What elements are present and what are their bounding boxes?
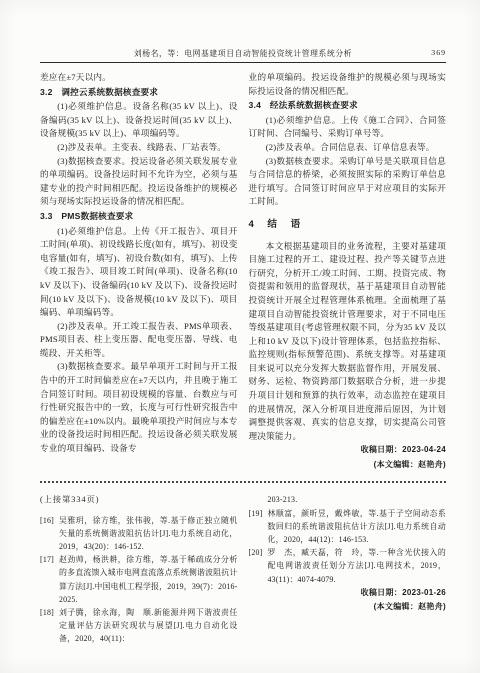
reference-text: 刘子腾，徐永海，陶 顺.新能源并网下谐波责任定量评估方法研究现状与展望[J].电… bbox=[59, 606, 238, 646]
reference-text: 罗 杰，臧天磊，符 玲，等.一种含光伏接入的配电网谐波责任划分方法[J].电网技… bbox=[268, 546, 447, 586]
reference-text: 林顺富，颜昕昱，戴烨敏，等.基于子空间动态系数回归的系统谐波阻抗估计方法[J].… bbox=[268, 507, 447, 547]
reference-text: 赵劲帅，杨洪耕，徐方维，等.基于稀疏成分分析的多直流馈入城市电网直流落点系统侧谐… bbox=[59, 553, 238, 606]
paragraph: (3)数据核查要求。采购订单号是关联项目信息与合同信息的桥梁，必须按照实际的采购… bbox=[249, 155, 447, 209]
paragraph: (1)必须维护信息。设备名称(35 kV 以上)、设备编码(35 kV 以上)、… bbox=[40, 100, 238, 141]
references-left-column: (上接第334页)[16]吴雅玥，徐方维，张伟骏，等.基于修正独立随机矢量的系统… bbox=[40, 493, 238, 645]
journal-page: 刘杨名，等：电网基建项目自动智能投资统计管理系统分析 369 差应在±7天以内。… bbox=[0, 0, 480, 673]
reference-number: [19] bbox=[249, 507, 268, 547]
section-heading: 3.4 经法系统数据核查要求 bbox=[249, 99, 447, 113]
reference-number: [16] bbox=[40, 514, 59, 554]
right-column: 业的单项编码。投运设备维护的规模必须与现场实际投运设备的情况相匹配。3.4 经法… bbox=[249, 71, 447, 472]
article-meta: 收稿日期：2023-04-24 bbox=[249, 443, 447, 458]
references-right-column: 203-213.[19]林顺富，颜昕昱，戴烨敏，等.基于子空间动态系数回归的系统… bbox=[249, 493, 447, 645]
reference-item: [18]刘子腾，徐永海，陶 顺.新能源并网下谐波责任定量评估方法研究现状与展望[… bbox=[40, 606, 238, 646]
reference-item: [16]吴雅玥，徐方维，张伟骏，等.基于修正独立随机矢量的系统侧谐波阻抗估计[J… bbox=[40, 514, 238, 554]
article-meta: 收稿日期：2023-01-26 bbox=[249, 586, 447, 601]
paragraph: (3)数据核查要求。投运设备必须关联发展专业的单项编码。设备投运时间不允许为空，… bbox=[40, 155, 238, 209]
article-meta: (本文编辑：赵艳舟) bbox=[249, 458, 447, 473]
reference-number: [18] bbox=[40, 606, 59, 646]
conclusion-heading: 4 结 语 bbox=[249, 218, 447, 232]
paragraph: 本文根据基建项目的业务流程，主要对基建项目施工过程的开工、建设过程、投产等关键节… bbox=[249, 240, 447, 444]
reference-text: 吴雅玥，徐方维，张伟骏，等.基于修正独立随机矢量的系统侧谐波阻抗估计[J].电力… bbox=[59, 514, 238, 554]
continuation-note: (上接第334页) bbox=[40, 493, 238, 506]
running-title: 刘杨名，等：电网基建项目自动智能投资统计管理系统分析 bbox=[134, 48, 352, 59]
paragraph: (2)涉及表单。主变表、线路表、厂站表等。 bbox=[40, 141, 238, 155]
dotted-separator bbox=[40, 481, 446, 483]
reference-item: [17]赵劲帅，杨洪耕，徐方维，等.基于稀疏成分分析的多直流馈入城市电网直流落点… bbox=[40, 553, 238, 606]
reference-number: [20] bbox=[249, 546, 268, 586]
left-column: 差应在±7天以内。3.2 调控云系统数据核查要求(1)必须维护信息。设备名称(3… bbox=[40, 71, 238, 472]
reference-number: [17] bbox=[40, 553, 59, 606]
paragraph: (2)涉及表单。合同信息表、订单信息表等。 bbox=[249, 141, 447, 155]
paragraph: (3)数据核查要求。最早单项开工时间与开工报告中的开工时间偏差应在±7天以内，并… bbox=[40, 360, 238, 455]
page-header: 刘杨名，等：电网基建项目自动智能投资统计管理系统分析 369 bbox=[40, 48, 446, 59]
header-rule bbox=[40, 62, 446, 63]
references-section: (上接第334页)[16]吴雅玥，徐方维，张伟骏，等.基于修正独立随机矢量的系统… bbox=[40, 493, 446, 645]
paragraph: (1)必须维护信息。上传《施工合同》、合同签订时间、合同编号、采购订单号等。 bbox=[249, 114, 447, 141]
page-number: 369 bbox=[431, 48, 446, 57]
reference-item: [19]林顺富，颜昕昱，戴烨敏，等.基于子空间动态系数回归的系统谐波阻抗估计方法… bbox=[249, 507, 447, 547]
reference-overflow: 203-213. bbox=[249, 493, 447, 506]
article-meta: (本文编辑：赵艳舟) bbox=[249, 600, 447, 615]
paragraph-continuation: 业的单项编码。投运设备维护的规模必须与现场实际投运设备的情况相匹配。 bbox=[249, 71, 447, 98]
section-heading: 3.3 PMS数据核查要求 bbox=[40, 210, 238, 224]
article-body: 差应在±7天以内。3.2 调控云系统数据核查要求(1)必须维护信息。设备名称(3… bbox=[40, 71, 446, 472]
paragraph: (1)必须维护信息。上传《开工报告》、项目开工时间(单项)、初设线路长度(如有，… bbox=[40, 225, 238, 320]
paragraph: (2)涉及表单。开工竣工报告表、PMS单项表、PMS项目表、柱上变压器、配电变压… bbox=[40, 320, 238, 361]
reference-item: [20]罗 杰，臧天磊，符 玲，等.一种含光伏接入的配电网谐波责任划分方法[J]… bbox=[249, 546, 447, 586]
paragraph-continuation: 差应在±7天以内。 bbox=[40, 71, 238, 85]
section-heading: 3.2 调控云系统数据核查要求 bbox=[40, 86, 238, 100]
